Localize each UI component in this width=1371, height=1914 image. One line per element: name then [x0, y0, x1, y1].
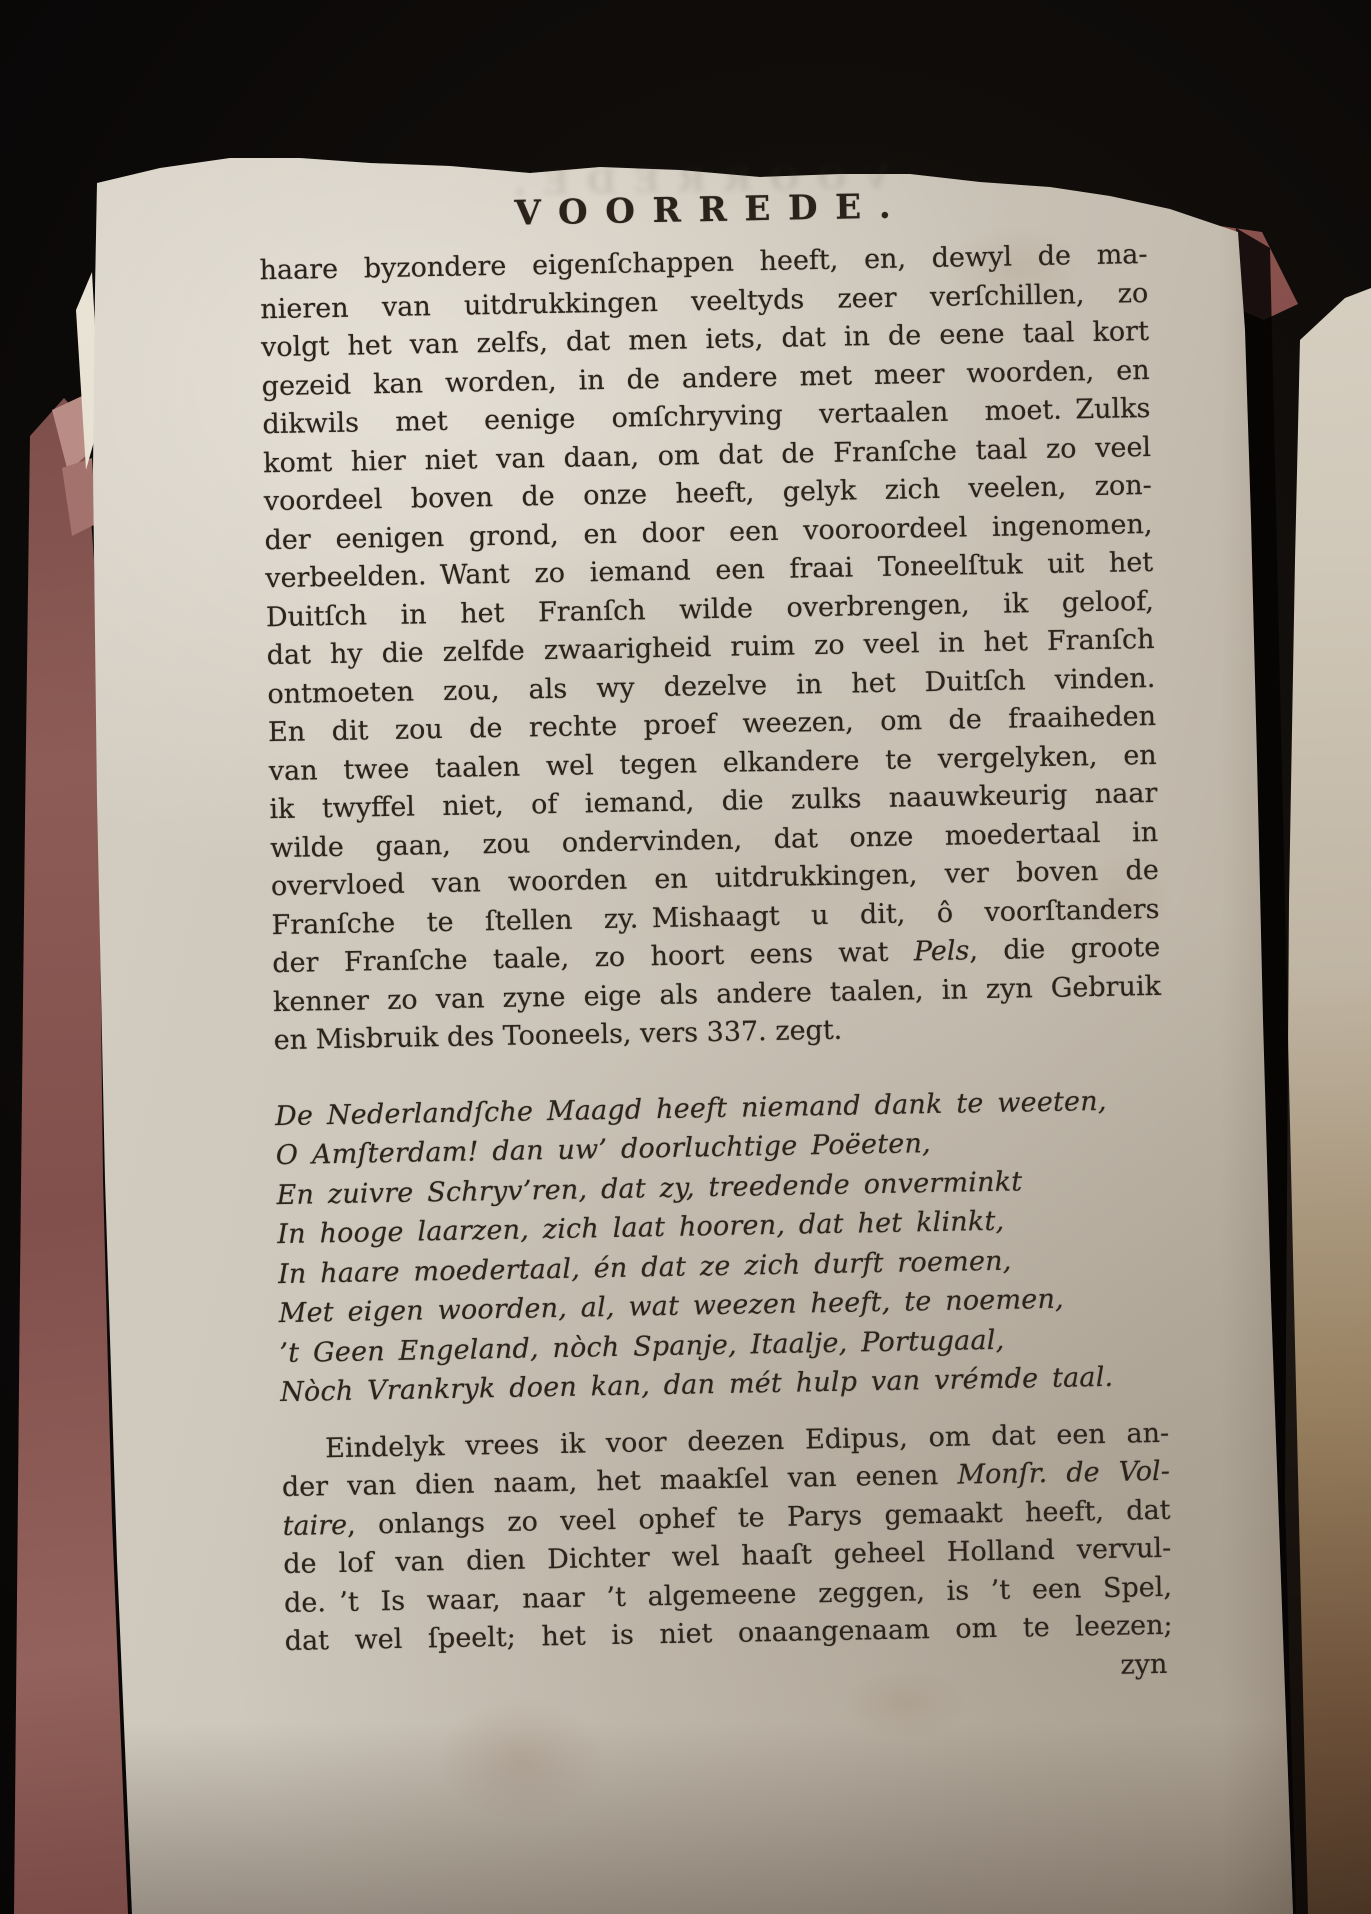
italic-author-name: Monſr. de Vol-: [957, 1456, 1170, 1491]
body-text-segment: , die groote: [969, 932, 1160, 966]
italic-author-name: Pels: [914, 935, 970, 967]
closing-paragraph: Eindelyk vrees ik voor deezen Edipus, om…: [281, 1414, 1173, 1661]
italic-author-name: taire: [282, 1509, 347, 1541]
book-photo: VOORREDE. VOORREDE. haare byzondere eige…: [0, 0, 1371, 1914]
body-text-segment: der Franſche taale, zo hoort eens wat: [272, 936, 914, 979]
page-text-block: VOORREDE. VOORREDE. haare byzondere eige…: [258, 182, 1173, 1700]
poem-quotation: De Nederlandſche Maagd heeft niemand dan…: [275, 1080, 1169, 1412]
